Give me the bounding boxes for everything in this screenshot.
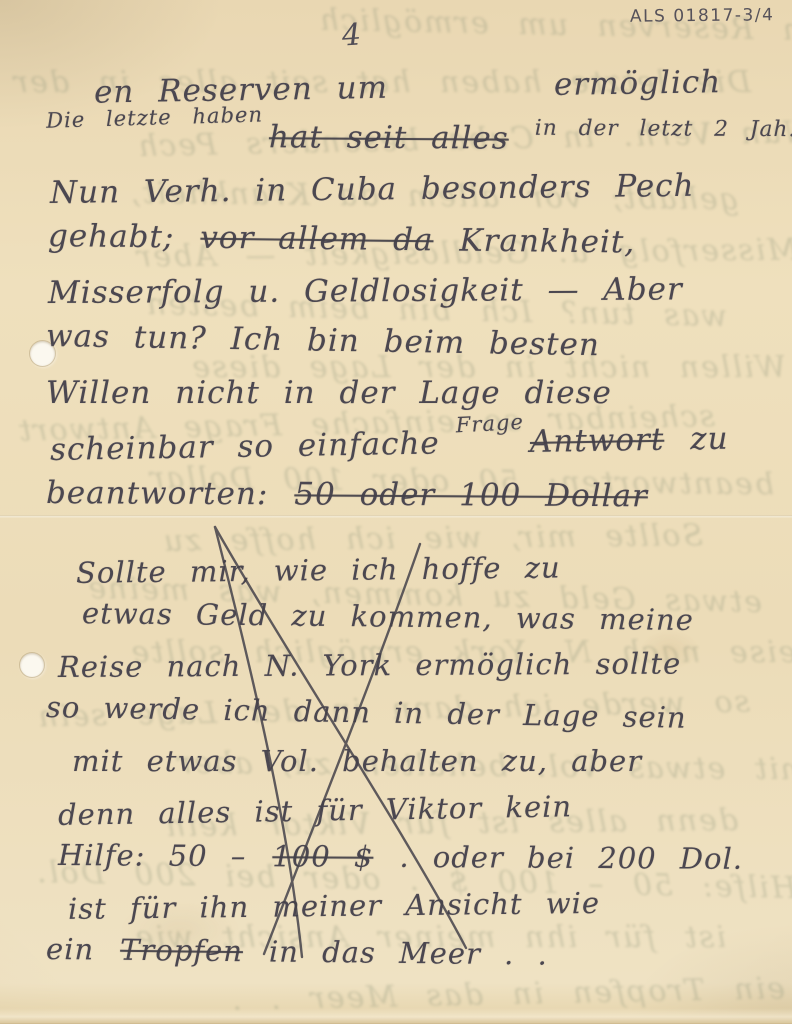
text-segment: ist für ihn meiner Ansicht wie: [68, 886, 600, 926]
text-segment: . oder bei 200 Dol.: [399, 840, 743, 876]
page-number: 4: [341, 17, 362, 53]
text-segment: Krankheit,: [459, 223, 635, 261]
manuscript-line: gehabt;vor allem daKrankheit,: [48, 211, 767, 270]
manuscript-line: beantworten:50 oder 100 Dollar: [46, 468, 766, 523]
manuscript-line: Die letzte habenhat seit allesin der let…: [46, 111, 766, 166]
text-segment-above: Frage: [454, 396, 525, 450]
manuscript-line: so werde ich dann in der Lage sein: [46, 683, 767, 743]
paragraph: Sollte mir, wie ich hoffe zuetwas Geld z…: [46, 545, 766, 977]
text-segment: gehabt;: [48, 218, 175, 255]
manuscript-line: was tun? Ich bin beim besten: [46, 311, 767, 374]
manuscript-line: mit etwas Vol. behalten zu, aber: [72, 737, 766, 785]
text-segment: ein: [46, 932, 95, 967]
punch-hole-bottom: [20, 653, 44, 677]
catalog-number: ALS 01817-3/4: [630, 5, 775, 27]
text-segment: Misserfolg u. Geldlosigkeit — Aber: [48, 271, 683, 311]
text-segment: zu: [690, 421, 729, 458]
manuscript-line: ist für ihn meiner Ansicht wie: [68, 877, 766, 933]
manuscript-line: Nun Verh. in Cuba besonders Pech: [50, 160, 767, 219]
text-segment: Nun Verh. in Cuba besonders Pech: [50, 168, 695, 211]
text-segment: was tun? Ich bin beim besten: [46, 318, 600, 363]
text-segment: denn alles ist für Viktor kein: [58, 789, 573, 832]
paper-bottom-edge: [0, 1008, 792, 1024]
manuscript-line: Hilfe: 50 –100 $. oder bei 200 Dol.: [58, 831, 766, 883]
text-segment-strike: Antwort: [520, 422, 675, 461]
text-segment-strike: 50 oder 100 Dollar: [284, 476, 658, 514]
text-segment: beantworten:: [46, 475, 269, 512]
text-segment: Hilfe: 50 –: [58, 838, 247, 873]
manuscript-line: einTropfenin das Meer . .: [46, 925, 766, 981]
text-segment: so werde ich dann in der Lage sein: [46, 690, 687, 735]
manuscript-line: Willen nicht in der Lage diese: [46, 368, 766, 419]
manuscript-line: etwas Geld zu kommen, was meine: [82, 589, 766, 645]
manuscript-line: scheinbar so einfacheFrageAntwortzu: [50, 413, 767, 476]
text-segment-gapleft: ermöglich: [554, 64, 722, 103]
manuscript-line: Misserfolg u. Geldlosigkeit — Aber: [48, 264, 766, 319]
manuscript-line: Reise nach N. York ermöglich sollte: [58, 639, 766, 691]
text-segment: Sollte mir, wie ich hoffe zu: [76, 550, 561, 589]
manuscript-line: Sollte mir, wie ich hoffe zu: [76, 541, 766, 597]
text-segment-strike: hat seit alles: [259, 119, 519, 156]
text-segment: Willen nicht in der Lage diese: [46, 375, 612, 411]
text-segment-above: Die letzte haben: [45, 88, 263, 145]
text-segment-strike: 100 $: [262, 839, 383, 874]
text-segment: scheinbar so einfache: [50, 425, 440, 468]
manuscript-body: en Reserven umermöglichDie letzte habenh…: [46, 62, 766, 1001]
paragraph: en Reserven umermöglichDie letzte habenh…: [46, 62, 766, 521]
text-segment-strike: vor allem da: [190, 220, 443, 259]
manuscript-line: denn alles ist für Viktor kein: [58, 779, 767, 839]
text-segment-raise: in der letzt 2 Jah.: [535, 103, 792, 155]
text-segment: mit etwas Vol. behalten zu, aber: [72, 744, 642, 778]
manuscript-page: en Reserven um ermöglichDie letzte haben…: [0, 0, 792, 1024]
text-segment-strike: Tropfen: [110, 933, 253, 969]
text-segment: in das Meer . .: [269, 934, 548, 971]
text-segment: Reise nach N. York ermöglich sollte: [58, 646, 681, 683]
text-segment: etwas Geld zu kommen, was meine: [82, 596, 694, 637]
